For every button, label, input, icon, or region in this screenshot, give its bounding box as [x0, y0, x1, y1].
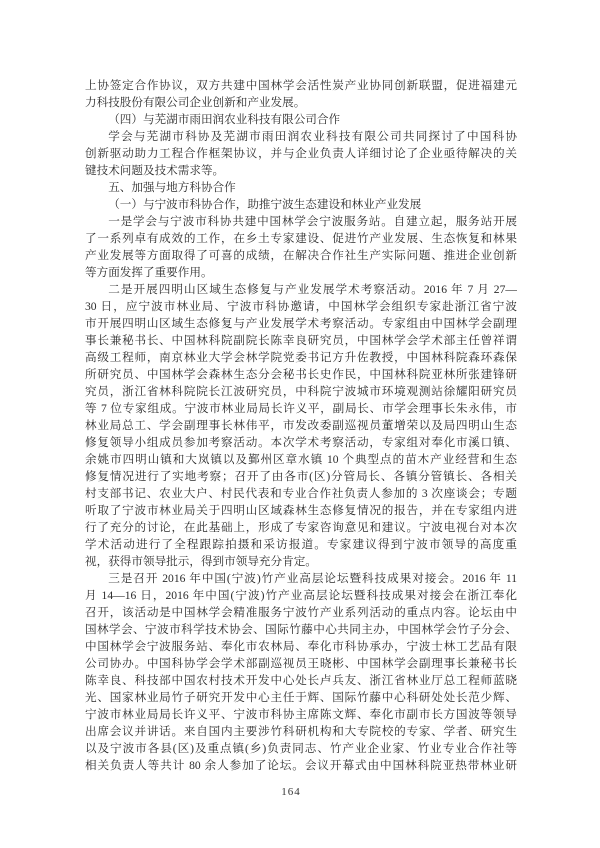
text-line: 产业发展等方面取得了可喜的成绩，在解决合作社生产实际问题、推进企业创新: [85, 247, 517, 264]
text-line: 学会与芜湖市科协及芜湖市雨田润农业科技有限公司共同探讨了中国科协: [85, 128, 517, 145]
text-line: 陈幸良、科技部中国农村技术开发中心处长卢兵友、浙江省林业厅总工程师蓝晓: [85, 672, 517, 689]
text-line: 出席会议并讲话。来自国内主要涉竹科研机构和大专院校的专家、学者、研究生: [85, 723, 517, 740]
text-line: 30 日，应宁波市林业局、宁波市科协邀请，中国林学会组织专家赴浙江省宁波: [85, 298, 517, 315]
text-line: 修复领导小组成员参加考察活动。本次学术考察活动，专家组对奉化市溪口镇、: [85, 434, 517, 451]
section-heading: 五、加强与地方科协合作: [85, 179, 517, 196]
text-line: 听取了宁波市林业局关于四明山区域森林生态修复情况的报告，并在专家组内进: [85, 502, 517, 519]
text-line: 以及宁波市各县(区)及重点镇(乡)负责同志、竹产业企业家、竹业专业合作社等: [85, 740, 517, 757]
text-line: 宁波市林业局局长许义平、宁波市科协主席陈文辉、奉化市副市长方国波等领导: [85, 706, 517, 723]
text-line: 三是召开 2016 年中国(宁波)竹产业高层论坛暨科技成果对接会。2016 年 …: [85, 570, 517, 587]
text-line: 余姚市四明山镇和大岚镇以及鄞州区章水镇 10 个典型点的苗木产业经营和生态: [85, 451, 517, 468]
document-page: 上协签定合作协议，双方共建中国林学会活性炭产业协同创新联盟，促进福建元力科技股份…: [0, 0, 600, 848]
section-heading: （一）与宁波市科协合作，助推宁波生态建设和林业产业发展: [85, 196, 517, 213]
text-line: 力科技股份有限公司企业创新和产业发展。: [85, 94, 517, 111]
text-line: 所研究员、中国林学会森林生态分会秘书长史作民，中国林科院亚林所张建锋研: [85, 366, 517, 383]
text-line: 二是开展四明山区域生态修复与产业发展学术考察活动。2016 年 7 月 27—: [85, 281, 517, 298]
text-line: 林业局总工、学会副理事长林伟平，市发改委副巡视员董增荣以及局四明山生态: [85, 417, 517, 434]
text-line: 中国林学会宁波服务站、奉化市农林局、奉化市科协承办，宁波士林工艺品有限: [85, 638, 517, 655]
text-line: 行了充分的讨论，在此基础上，形成了专家咨询意见和建议。宁波电视台对本次: [85, 519, 517, 536]
text-line: 键技术问题及技术需求等。: [85, 162, 517, 179]
page-number: 164: [0, 786, 582, 798]
text-line: 月 14—16 日，2016 年中国(宁波)竹产业高层论坛暨科技成果对接会在浙江…: [85, 587, 517, 604]
text-line: 上协签定合作协议，双方共建中国林学会活性炭产业协同创新联盟，促进福建元: [85, 77, 517, 94]
section-heading: （四）与芜湖市雨田润农业科技有限公司合作: [85, 111, 517, 128]
text-line: 村支部书记、农业大户、村民代表和专业合作社负责人参加的 3 次座谈会；专题: [85, 485, 517, 502]
text-line: 等方面发挥了重要作用。: [85, 264, 517, 281]
text-column: 上协签定合作协议，双方共建中国林学会活性炭产业协同创新联盟，促进福建元力科技股份…: [85, 77, 517, 774]
text-line: 修复情况进行了实地考察；召开了由各市(区)分管局长、各镇分管镇长、各相关: [85, 468, 517, 485]
text-line: 事长兼秘书长、中国林科院副院长陈幸良研究员，中国林学会学术部主任曾祥谓: [85, 332, 517, 349]
text-line: 了一系列卓有成效的工作，在乡土专家建设、促进竹产业发展、生态恢复和林果: [85, 230, 517, 247]
text-line: 学术活动进行了全程跟踪拍摄和采访报道。专家建议得到宁波市领导的高度重: [85, 536, 517, 553]
text-line: 市开展四明山区域生态修复与产业发展学术考察活动。专家组由中国林学会副理: [85, 315, 517, 332]
text-line: 等 7 位专家组成。宁波市林业局局长许义平，副局长、市学会理事长朱永伟，市: [85, 400, 517, 417]
text-line: 相关负责人等共计 80 余人参加了论坛。会议开幕式由中国林科院亚热带林业研: [85, 757, 517, 774]
text-line: 召开，该活动是中国林学会精准服务宁波竹产业系列活动的重点内容。论坛由中: [85, 604, 517, 621]
text-line: 创新驱动助力工程合作框架协议，并与企业负责人详细讨论了企业亟待解决的关: [85, 145, 517, 162]
text-line: 究员，浙江省林科院院长江波研究员，中科院宁波城市环境观测站徐耀阳研究员: [85, 383, 517, 400]
text-line: 高级工程师，南京林业大学会林学院党委书记方升佐教授，中国林科院森环森保: [85, 349, 517, 366]
text-line: 公司协办。中国科协学会学术部副巡视员王晓彬、中国林学会副理事长兼秘书长: [85, 655, 517, 672]
text-line: 视，获得市领导批示，得到市领导充分肯定。: [85, 553, 517, 570]
text-line: 国林学会、宁波市科学技术协会、国际竹藤中心共同主办，中国林学会竹子分会、: [85, 621, 517, 638]
text-line: 一是学会与宁波市科协共建中国林学会宁波服务站。自建立起，服务站开展: [85, 213, 517, 230]
text-line: 光、国家林业局竹子研究开发中心主任于辉、国际竹藤中心科研处处长范少辉、: [85, 689, 517, 706]
